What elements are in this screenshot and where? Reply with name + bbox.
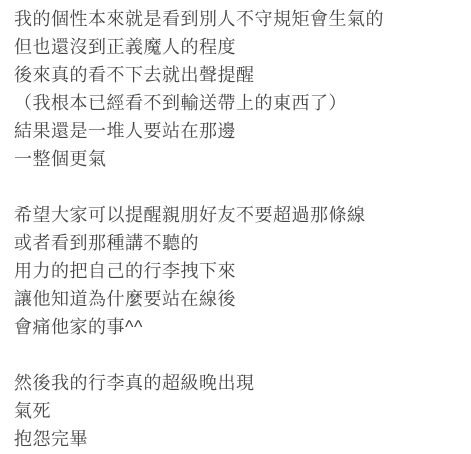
post-line: 但也還沒到正義魔人的程度: [14, 33, 457, 61]
post-line: 用力的把自己的行李拽下來: [14, 257, 457, 285]
post-line: 然後我的行李真的超級晚出現: [14, 369, 457, 397]
post-line: 後來真的看不下去就出聲提醒: [14, 61, 457, 89]
post-line: 結果還是一堆人要站在那邊: [14, 117, 457, 145]
post-line: （我根本已經看不到輸送帶上的東西了）: [14, 89, 457, 117]
post-paragraph: 我的個性本來就是看到別人不守規矩會生氣的 但也還沒到正義魔人的程度 後來真的看不…: [14, 5, 457, 173]
post-line: 抱怨完畢: [14, 425, 457, 453]
post-line: 一整個更氣: [14, 145, 457, 173]
post-paragraph: 然後我的行李真的超級晚出現 氣死 抱怨完畢: [14, 369, 457, 453]
post-content: 我的個性本來就是看到別人不守規矩會生氣的 但也還沒到正義魔人的程度 後來真的看不…: [0, 0, 471, 454]
post-line: 會痛他家的事^^: [14, 313, 457, 341]
post-line: 讓他知道為什麼要站在線後: [14, 285, 457, 313]
post-line: 希望大家可以提醒親朋好友不要超過那條線: [14, 201, 457, 229]
post-line: 氣死: [14, 397, 457, 425]
post-line: 我的個性本來就是看到別人不守規矩會生氣的: [14, 5, 457, 33]
post-line: 或者看到那種講不聽的: [14, 229, 457, 257]
post-paragraph: 希望大家可以提醒親朋好友不要超過那條線 或者看到那種講不聽的 用力的把自己的行李…: [14, 201, 457, 341]
